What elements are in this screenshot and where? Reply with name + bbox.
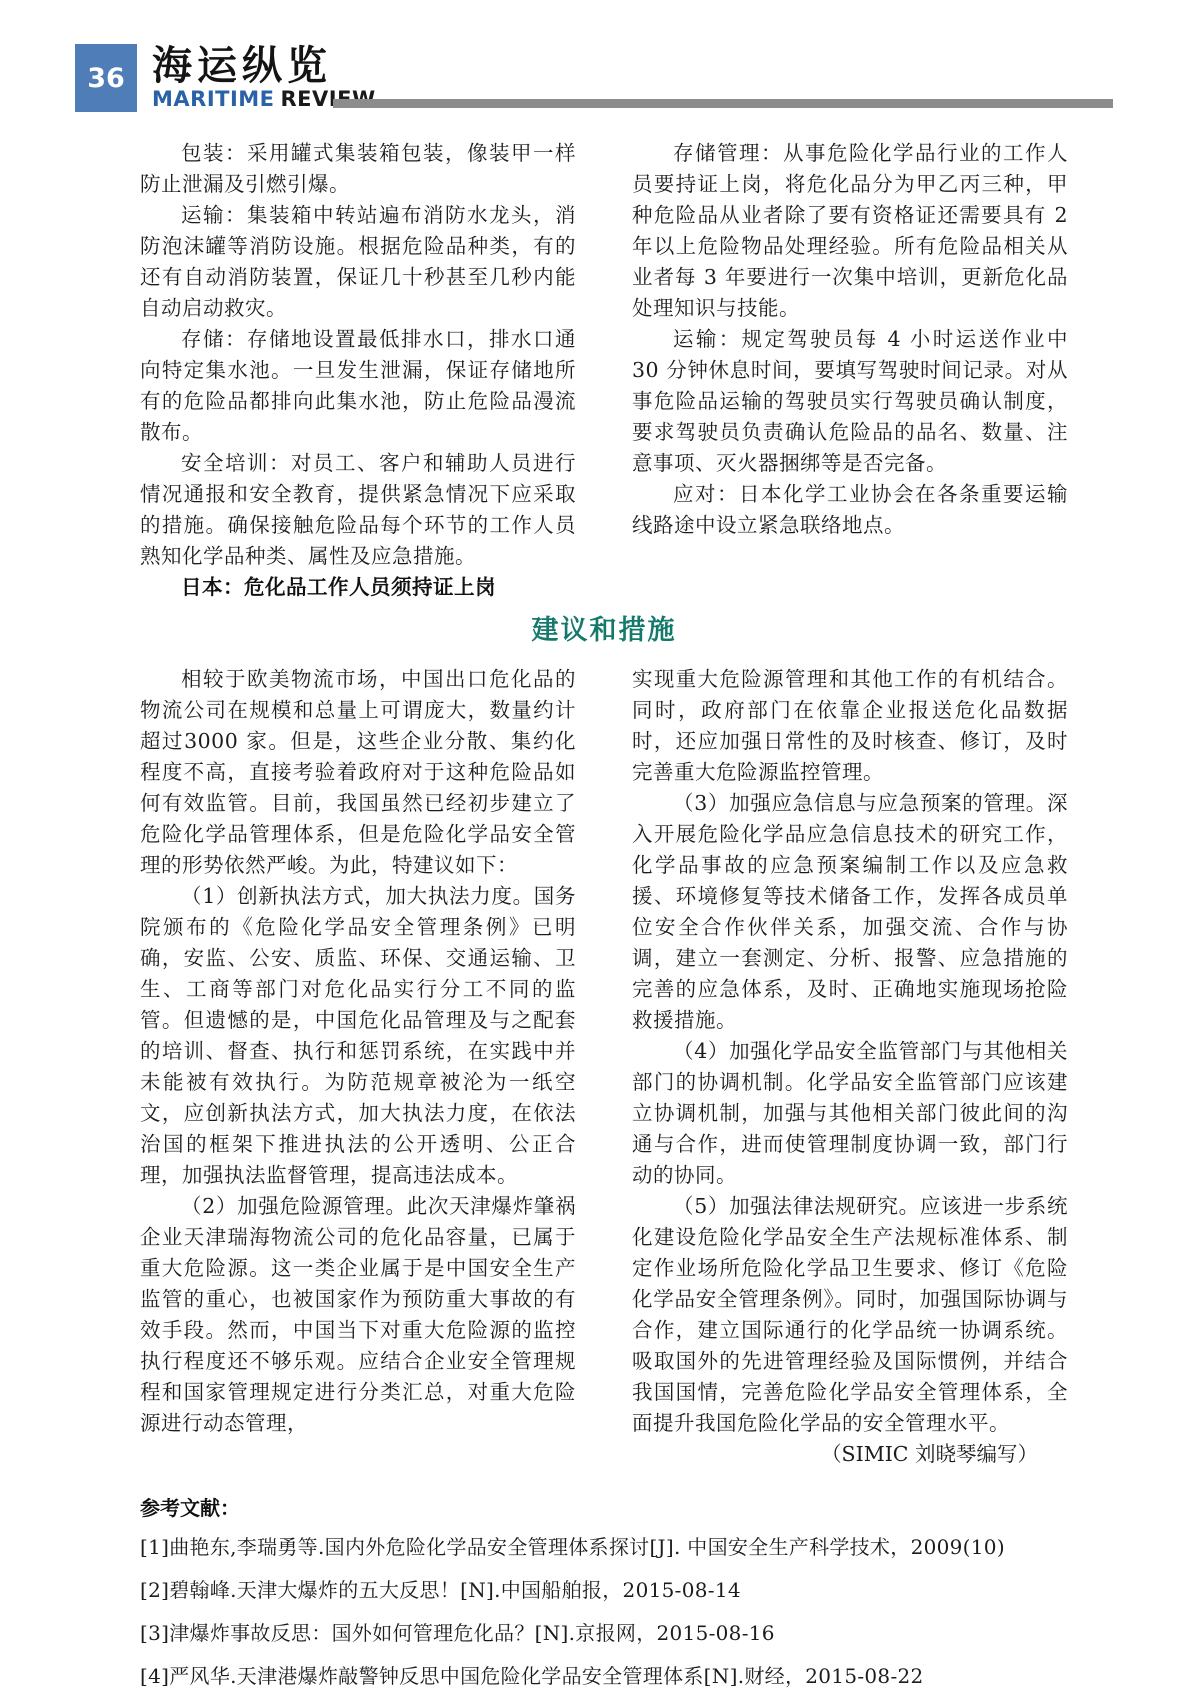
- paragraph: 包装：采用罐式集装箱包装，像装甲一样防止泄漏及引燃引爆。: [140, 138, 576, 200]
- page-number: 36: [87, 63, 125, 94]
- paragraph: （3）加强应急信息与应急预案的管理。深入开展危险化学品应急信息技术的研究工作，化…: [632, 788, 1068, 1036]
- page-number-badge: 36: [75, 44, 137, 112]
- japan-subhead: 日本：危化品工作人员须持证上岗: [140, 572, 576, 603]
- paragraph: 运输：规定驾驶员每 4 小时运送作业中 30 分钟休息时间，要填写驾驶时间记录。…: [632, 324, 1068, 479]
- references-label: 参考文献：: [140, 1496, 1068, 1520]
- section-top: 包装：采用罐式集装箱包装，像装甲一样防止泄漏及引燃引爆。 运输：集装箱中转站遍布…: [140, 138, 1068, 603]
- magazine-page: 36 海运纵览 MARITIMEREVIEW 包装：采用罐式集装箱包装，像装甲一…: [0, 0, 1200, 1706]
- header-rule: [333, 99, 1113, 108]
- paragraph: （4）加强化学品安全监管部门与其他相关部门的协调机制。化学品安全监管部门应该建立…: [632, 1036, 1068, 1191]
- paragraph: （5）加强法律法规研究。应该进一步系统化建设危险化学品安全生产法规标准体系、制定…: [632, 1191, 1068, 1439]
- reference-item: [3]津爆炸事故反思：国外如何管理危化品？[N].京报网，2015-08-16: [140, 1612, 1068, 1655]
- article-content: 包装：采用罐式集装箱包装，像装甲一样防止泄漏及引燃引爆。 运输：集装箱中转站遍布…: [140, 138, 1068, 1698]
- section-bottom: 相较于欧美物流市场，中国出口危化品的物流公司在规模和总量上可谓庞大，数量约计超过…: [140, 664, 1068, 1470]
- paragraph: 运输：集装箱中转站遍布消防水龙头，消防泡沫罐等消防设施。根据危险品种类，有的还有…: [140, 200, 576, 324]
- column-left-top: 包装：采用罐式集装箱包装，像装甲一样防止泄漏及引燃引爆。 运输：集装箱中转站遍布…: [140, 138, 576, 603]
- magazine-title: 海运纵览: [152, 44, 376, 88]
- reference-item: [2]碧翰峰.天津大爆炸的五大反思！[N].中国船舶报，2015-08-14: [140, 1569, 1068, 1612]
- paragraph: 安全培训：对员工、客户和辅助人员进行情况通报和安全教育，提供紧急情况下应采取的措…: [140, 448, 576, 572]
- paragraph: 实现重大危险源管理和其他工作的有机结合。同时，政府部门在依靠企业报送危化品数据时…: [632, 664, 1068, 788]
- references-section: 参考文献： [1]曲艳东,李瑞勇等.国内外危险化学品安全管理体系探讨[J]. 中…: [140, 1496, 1068, 1698]
- paragraph: （2）加强危险源管理。此次天津爆炸肇祸企业天津瑞海物流公司的危化品容量，已属于重…: [140, 1191, 576, 1439]
- paragraph: 存储：存储地设置最低排水口，排水口通向特定集水池。一旦发生泄漏，保证存储地所有的…: [140, 324, 576, 448]
- paragraph: 存储管理：从事危险化学品行业的工作人员要持证上岗，将危化品分为甲乙丙三种，甲种危…: [632, 138, 1068, 324]
- paragraph: （1）创新执法方式，加大执法力度。国务院颁布的《危险化学品安全管理条例》已明确，…: [140, 881, 576, 1191]
- section-heading: 建议和措施: [140, 616, 1068, 646]
- column-left-bottom: 相较于欧美物流市场，中国出口危化品的物流公司在规模和总量上可谓庞大，数量约计超过…: [140, 664, 576, 1470]
- reference-item: [4]严风华.天津港爆炸敲警钟反思中国危险化学品安全管理体系[N].财经，201…: [140, 1655, 1068, 1698]
- reference-item: [1]曲艳东,李瑞勇等.国内外危险化学品安全管理体系探讨[J]. 中国安全生产科…: [140, 1526, 1068, 1569]
- paragraph: 相较于欧美物流市场，中国出口危化品的物流公司在规模和总量上可谓庞大，数量约计超过…: [140, 664, 576, 881]
- column-right-top: 存储管理：从事危险化学品行业的工作人员要持证上岗，将危化品分为甲乙丙三种，甲种危…: [632, 138, 1068, 603]
- subtitle-en-primary: MARITIME: [152, 87, 275, 111]
- paragraph: 应对：日本化学工业协会在各条重要运输线路途中设立紧急联络地点。: [632, 479, 1068, 541]
- column-right-bottom: 实现重大危险源管理和其他工作的有机结合。同时，政府部门在依靠企业报送危化品数据时…: [632, 664, 1068, 1470]
- byline: （SIMIC 刘晓琴编写）: [632, 1439, 1068, 1470]
